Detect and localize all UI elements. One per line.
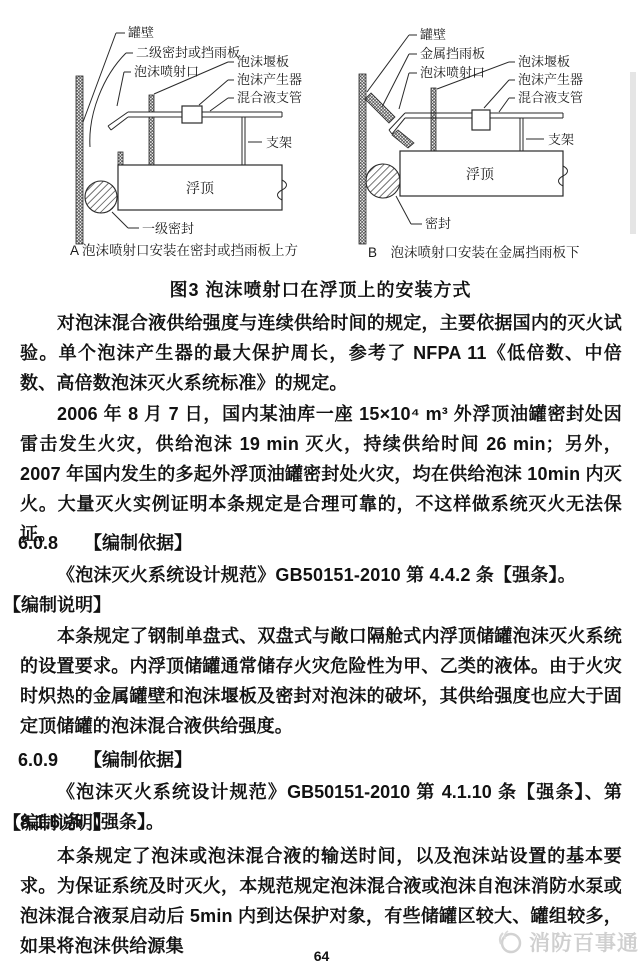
- foam-dam-shape: [431, 88, 436, 151]
- metal-rain-shield-shape: [365, 93, 395, 123]
- foam-generator-shape: [472, 110, 490, 130]
- figure-diagram-b: 罐壁 金属挡雨板 泡沫喷射口 泡沫堰板 泡沫产生器 混合液支管 支架 浮顶 密封…: [343, 14, 640, 262]
- section-number: 6.0.8: [18, 533, 58, 553]
- label-foam-generator: 泡沫产生器: [237, 72, 302, 87]
- label-secondary-seal: 二级密封或挡雨板: [136, 45, 240, 60]
- paragraph-fire-cases: 2006 年 8 月 7 日，国内某油库一座 15×10⁴ m³ 外浮顶油罐密封…: [20, 399, 622, 549]
- section-6-0-8-note: 本条规定了钢制单盘式、双盘式与敞口隔舱式内浮顶储罐泡沫灭火系统的设置要求。内浮顶…: [20, 621, 622, 741]
- diagram-b-caption: B 泡沫喷射口安装在金属挡雨板下: [368, 244, 580, 260]
- foam-generator-shape: [182, 106, 202, 123]
- label-metal-rain-shield: 金属挡雨板: [420, 46, 485, 61]
- diagram-a-caption: A 泡沫喷射口安装在密封或挡雨板上方: [70, 242, 298, 258]
- figure-title: 图3 泡沫喷射口在浮顶上的安装方式: [20, 276, 621, 302]
- label-tank-wall: 罐壁: [420, 27, 446, 42]
- label-primary-seal: 一级密封: [142, 221, 194, 236]
- label-floating-roof: 浮顶: [186, 180, 215, 196]
- scan-artifact: [630, 72, 636, 234]
- foam-dam-shape: [149, 95, 154, 112]
- paragraph-supply-intensity: 对泡沫混合液供给强度与连续供给时间的规定，主要依据国内的灭火试验。单个泡沫产生器…: [20, 308, 622, 398]
- outlet-deflector-shape: [392, 130, 414, 148]
- section-6-0-8-note-heading: 【编制说明】: [3, 591, 111, 617]
- page-number: 64: [0, 948, 643, 964]
- section-heading-label: 【编制依据】: [84, 533, 192, 553]
- bracket-shape: [520, 118, 523, 151]
- tank-wall-shape: [76, 76, 83, 244]
- section-heading-label: 【编制依据】: [84, 750, 192, 770]
- seal-shape: [366, 164, 400, 198]
- label-tank-wall: 罐壁: [128, 25, 154, 40]
- label-bracket: 支架: [266, 135, 292, 150]
- rim-post-shape: [118, 152, 123, 165]
- label-foam-outlet: 泡沫喷射口: [134, 64, 199, 79]
- section-number: 6.0.9: [18, 750, 58, 770]
- section-6-0-8-heading: 6.0.8【编制依据】: [18, 529, 192, 555]
- figure-diagram-a: 罐壁 二级密封或挡雨板 泡沫喷射口 泡沫堰板 泡沫产生器 混合液支管 支架 浮顶…: [58, 14, 358, 262]
- label-foam-outlet: 泡沫喷射口: [420, 65, 485, 80]
- document-page: 罐壁 二级密封或挡雨板 泡沫喷射口 泡沫堰板 泡沫产生器 混合液支管 支架 浮顶…: [0, 0, 643, 972]
- section-6-0-8-basis: 《泡沫灭火系统设计规范》GB50151-2010 第 4.4.2 条【强条】。: [20, 560, 622, 590]
- label-solution-pipe: 混合液支管: [518, 90, 583, 105]
- label-floating-roof: 浮顶: [466, 166, 495, 182]
- section-6-0-9-heading: 6.0.9【编制依据】: [18, 746, 192, 772]
- label-solution-pipe: 混合液支管: [237, 90, 302, 105]
- bracket-shape: [242, 117, 245, 165]
- label-bracket: 支架: [548, 132, 574, 147]
- label-seal: 密封: [425, 216, 451, 231]
- primary-seal-shape: [85, 181, 117, 213]
- label-foam-dam: 泡沫堰板: [518, 54, 570, 69]
- label-foam-dam: 泡沫堰板: [237, 54, 289, 69]
- section-6-0-9-note-heading: 【编制说明】: [3, 809, 111, 835]
- label-foam-generator: 泡沫产生器: [518, 72, 583, 87]
- foam-dam-shape-lower: [149, 117, 154, 165]
